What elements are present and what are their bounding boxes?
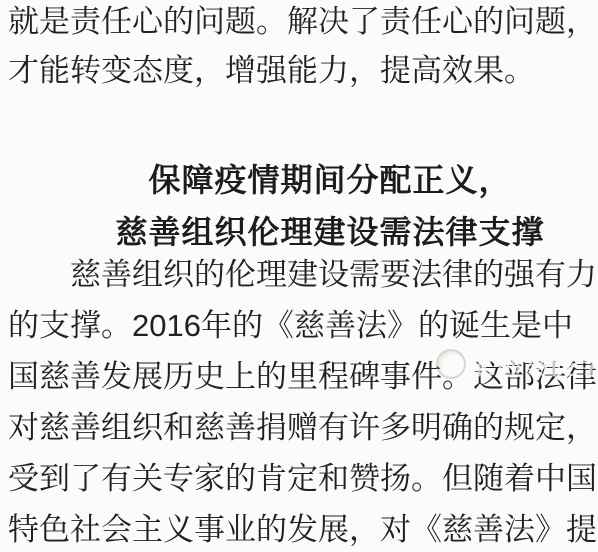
section-heading: 保障疫情期间分配正义， 慈善组织伦理建设需法律支撑	[62, 154, 598, 258]
text-line: 特色社会主义事业的发展，对《慈善法》提	[8, 504, 598, 552]
text-line: 慈善组织的伦理建设需要法律的强有力	[8, 249, 598, 300]
heading-line: 保障疫情期间分配正义，	[62, 154, 598, 206]
text-line: 国慈善发展历史上的里程碑事件。这部法律	[8, 351, 598, 402]
intro-paragraph: 就是责任心的问题。解决了责任心的问题， 才能转变态度，增强能力，提高效果。	[8, 0, 598, 95]
text-line: 对慈善组织和慈善捐赠有许多明确的规定，	[8, 402, 598, 453]
article-page: 就是责任心的问题。解决了责任心的问题， 才能转变态度，增强能力，提高效果。 保障…	[0, 0, 598, 552]
text-line: 受到了有关专家的肯定和赞扬。但随着中国	[8, 453, 598, 504]
text-line: 才能转变态度，增强能力，提高效果。	[8, 46, 598, 95]
text-line: 的支撑。2016年的《慈善法》的诞生是中	[8, 300, 598, 351]
body-paragraph: 慈善组织的伦理建设需要法律的强有力 的支撑。2016年的《慈善法》的诞生是中 国…	[8, 249, 598, 552]
text-line: 就是责任心的问题。解决了责任心的问题，	[8, 0, 598, 46]
